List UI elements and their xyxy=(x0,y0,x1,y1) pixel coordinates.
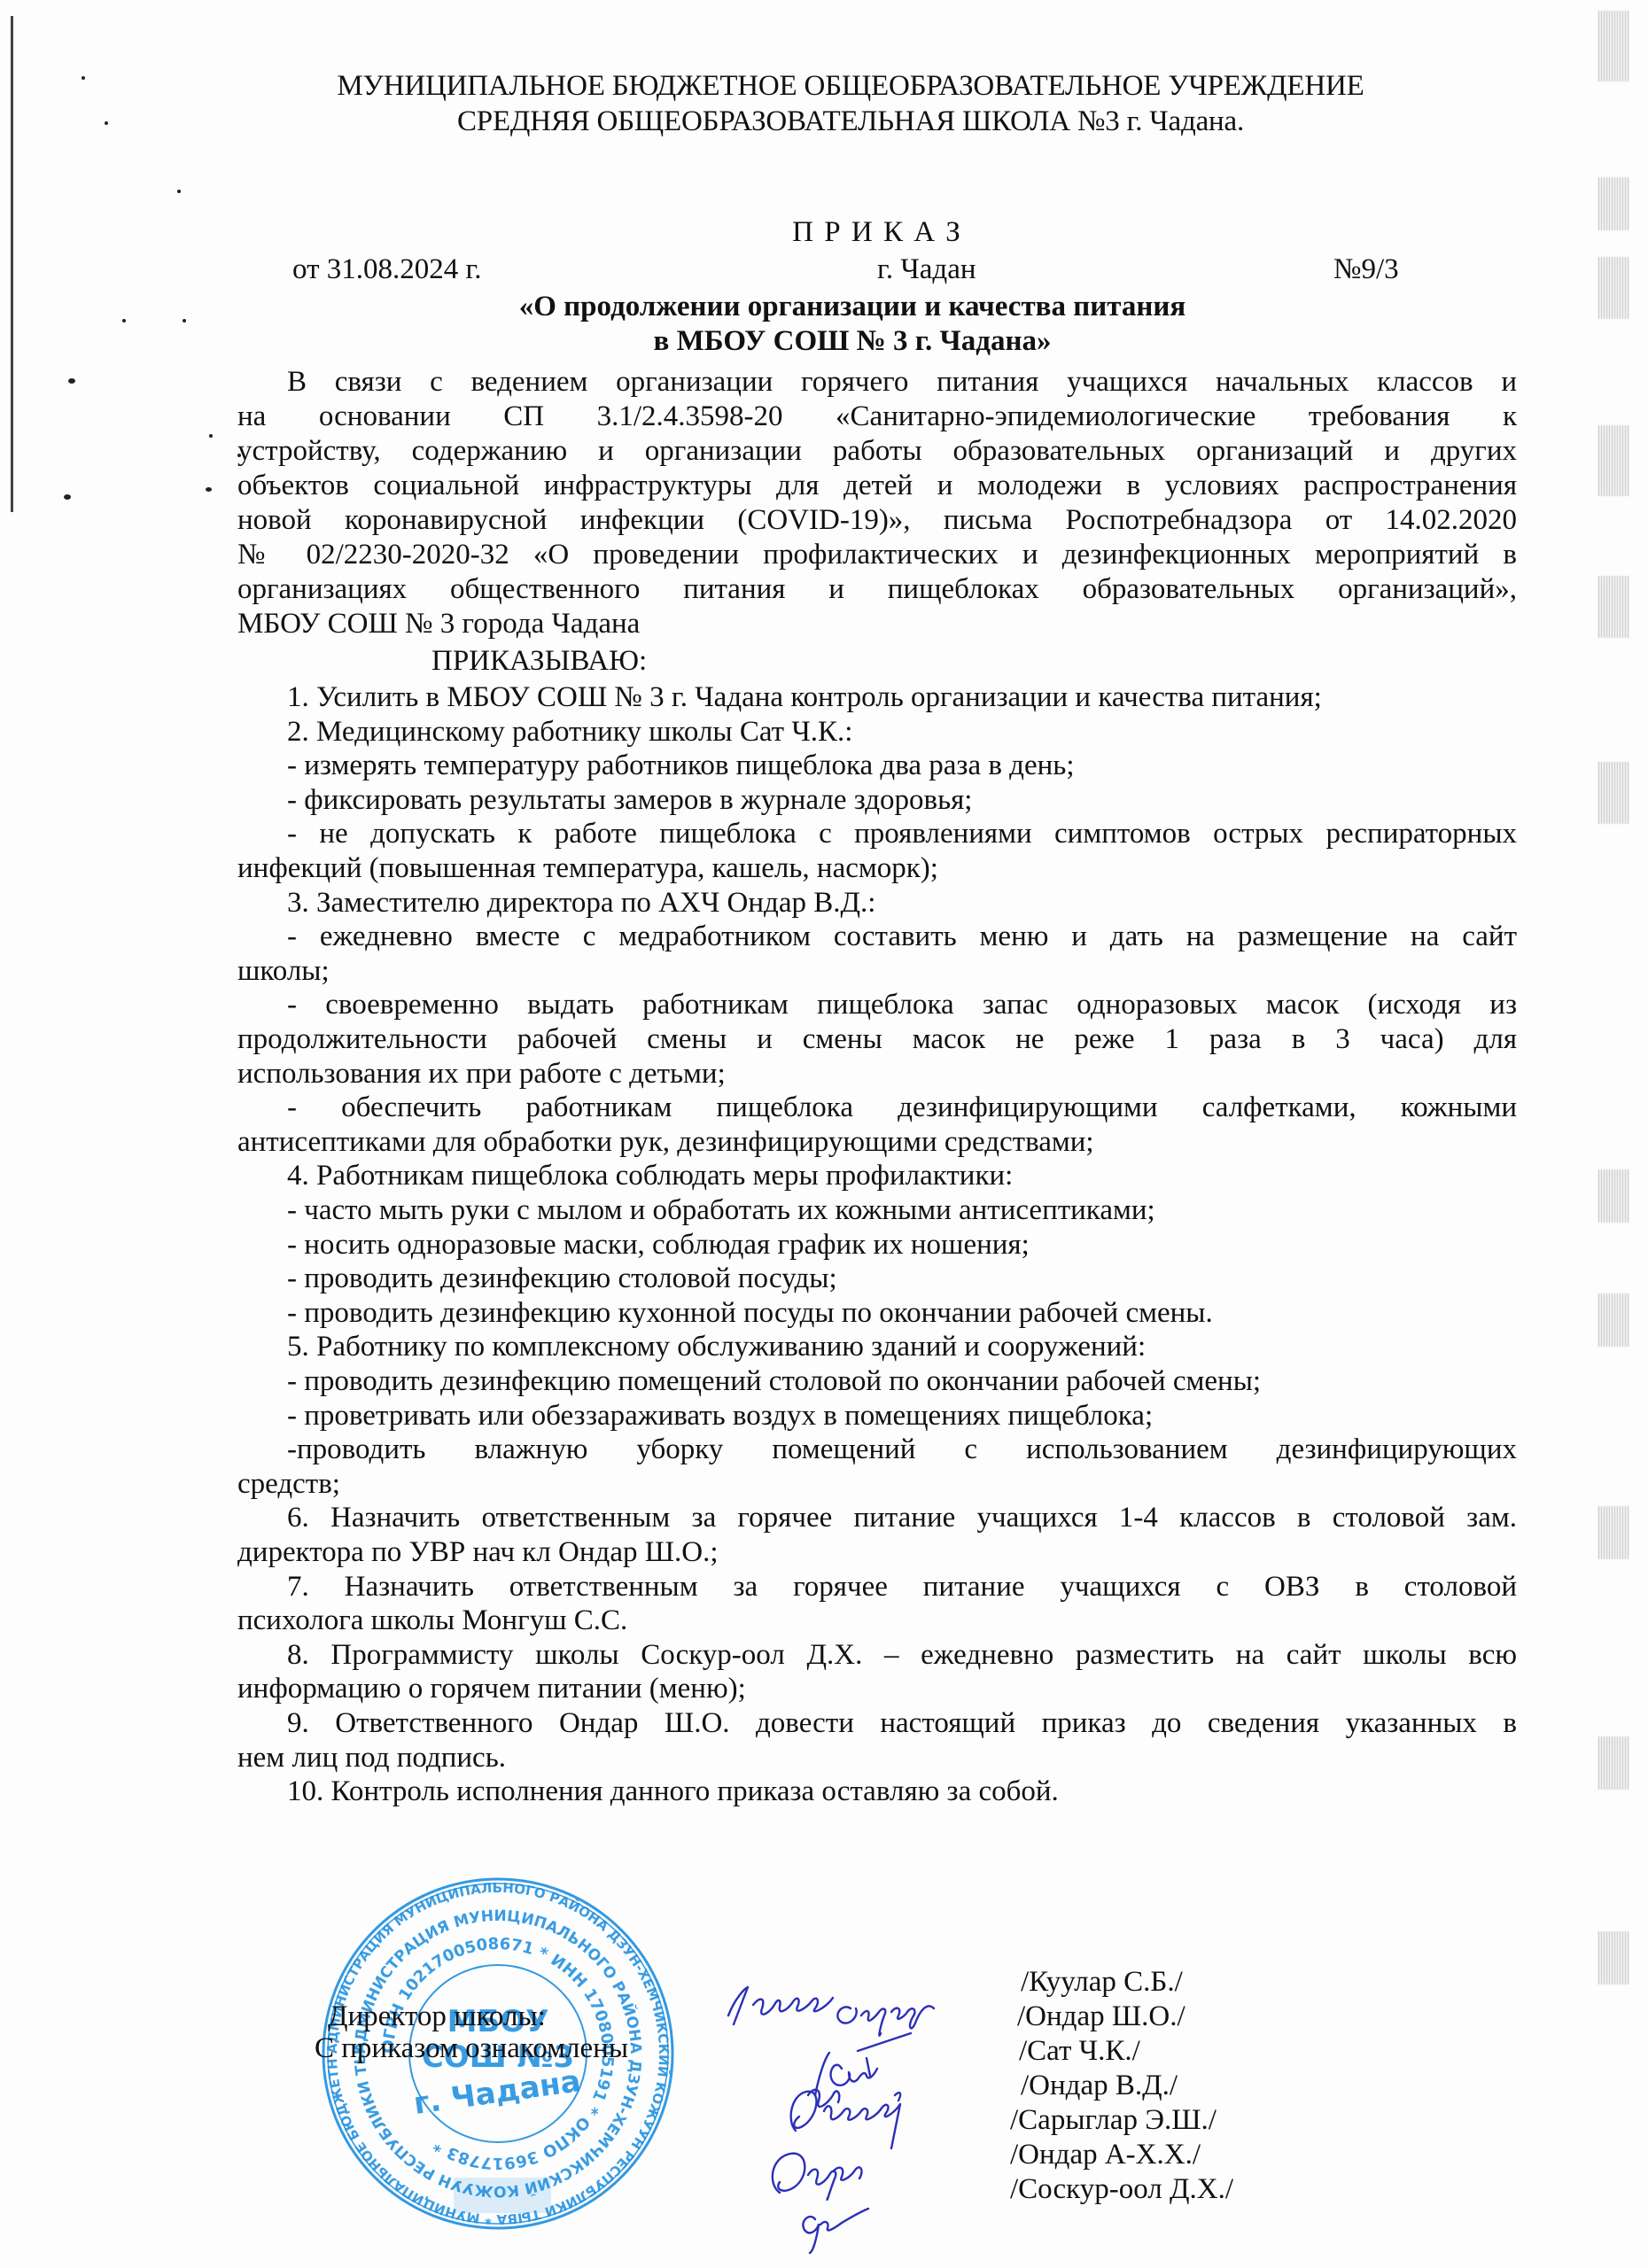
director-label: Директор школы: xyxy=(328,2000,546,2034)
order-item-line: 10. Контроль исполнения данного приказа … xyxy=(287,1775,1059,1809)
scan-noise-artifact xyxy=(1598,1169,1630,1223)
order-item-line: - проводить дезинфекцию кухонной посуды … xyxy=(287,1296,1213,1331)
org-name-line-1: МУНИЦИПАЛЬНОЕ БЮДЖЕТНОЕ ОБЩЕОБРАЗОВАТЕЛЬ… xyxy=(27,69,1648,104)
order-item-line: - не допускать к работе пищеблока с проя… xyxy=(287,817,1517,851)
scan-noise-artifact xyxy=(1598,1736,1630,1790)
order-item-line: психолога школы Монгуш С.С. xyxy=(237,1604,627,1638)
order-item-line: 6. Назначить ответственным за горячее пи… xyxy=(287,1501,1517,1535)
scan-speck xyxy=(68,378,75,384)
org-name-line-2: СРЕДНЯЯ ОБЩЕОБРАЗОВАТЕЛЬНАЯ ШКОЛА №3 г. … xyxy=(27,105,1648,139)
signatory-name: /Куулар С.Б./ xyxy=(1021,1965,1233,2000)
order-item-line: информацию о горячем питании (меню); xyxy=(237,1672,746,1706)
order-item-line: 1. Усилить в МБОУ СОШ № 3 г. Чадана конт… xyxy=(287,680,1322,715)
order-item-line: 9. Ответственного Ондар Ш.О. довести нас… xyxy=(287,1706,1517,1741)
scan-noise-artifact xyxy=(1598,1931,1630,1984)
order-item-line: 3. Заместителю директора по АХЧ Ондар В.… xyxy=(287,886,875,920)
order-item-line: средств; xyxy=(237,1467,340,1502)
order-item-line: - ежедневно вместе с медработником соста… xyxy=(287,920,1517,954)
scan-speck xyxy=(64,494,71,500)
order-item-line: - измерять температуру работников пищебл… xyxy=(287,749,1075,783)
scan-speck xyxy=(206,487,212,492)
preamble-line: № 02/2230-2020-32 «О проведении профилак… xyxy=(237,538,1517,572)
signature-saryglar xyxy=(824,2093,900,2148)
signatory-name: /Сарыглар Э.Ш./ xyxy=(1010,2103,1233,2138)
order-number: №9/3 xyxy=(1333,252,1399,287)
scan-speck xyxy=(209,434,213,438)
scan-noise-artifact xyxy=(1598,1293,1630,1347)
scan-noise-artifact xyxy=(1598,1506,1630,1559)
order-item-line: - своевременно выдать работникам пищебло… xyxy=(287,988,1517,1022)
order-date: от 31.08.2024 г. xyxy=(292,252,482,287)
order-item-line: - носить одноразовые маски, соблюдая гра… xyxy=(287,1228,1030,1262)
order-item-line: 8. Программисту школы Соскур-оол Д.Х. – … xyxy=(287,1638,1517,1673)
signature-sat xyxy=(815,2033,911,2095)
order-title-line-1: «О продолжении организации и качества пи… xyxy=(28,290,1648,324)
order-item-line: продолжительности рабочей смены и смены … xyxy=(237,1022,1517,1057)
order-item-line: 5. Работнику по комплексному обслуживани… xyxy=(287,1330,1146,1364)
order-item-line: антисептиками для обработки рук, дезинфи… xyxy=(237,1125,1094,1160)
order-item-line: нем лиц под подпись. xyxy=(237,1741,506,1775)
order-item-line: -проводить влажную уборку помещений с ис… xyxy=(287,1433,1517,1467)
preamble-line: МБОУ СОШ № 3 города Чадана xyxy=(237,607,640,641)
order-item-line: директора по УВР нач кл Ондар Ш.О.; xyxy=(237,1535,719,1570)
scan-noise-artifact xyxy=(1598,762,1630,824)
order-title-line-2: в МБОУ СОШ № 3 г. Чадана» xyxy=(28,324,1648,359)
signature-ondar-akh xyxy=(773,2154,862,2200)
signatory-name: /Ондар В.Д./ xyxy=(1021,2069,1233,2103)
signatory-name: /Ондар Ш.О./ xyxy=(1017,2000,1233,2034)
order-item-line: - проветривать или обеззараживать воздух… xyxy=(287,1399,1153,1433)
preamble-line: объектов социальной инфраструктуры для д… xyxy=(237,469,1517,503)
preamble-line: организациях общественного питания и пищ… xyxy=(237,572,1517,607)
document-page: МУНИЦИПАЛЬНОЕ БЮДЖЕТНОЕ ОБЩЕОБРАЗОВАТЕЛЬ… xyxy=(0,0,1648,2268)
handwritten-signatures xyxy=(709,1962,1046,2255)
signature-soskur xyxy=(803,2209,868,2253)
order-city: г. Чадан xyxy=(877,252,976,287)
acknowledged-label: С приказом ознакомлены xyxy=(315,2031,628,2066)
order-item-line: 2. Медицинскому работнику школы Сат Ч.К.… xyxy=(287,715,852,750)
scan-speck xyxy=(177,190,181,193)
preamble-line: устройству, содержанию и организации раб… xyxy=(237,434,1517,469)
signatory-name: /Ондар А-Х.Х./ xyxy=(1010,2138,1233,2172)
signatory-name: /Сат Ч.К./ xyxy=(1019,2034,1233,2069)
preamble-line: на основании СП 3.1/2.4.3598-20 «Санитар… xyxy=(237,400,1517,434)
preamble-line: новой коронавирусной инфекции (COVID-19)… xyxy=(237,503,1517,538)
order-item-line: - обеспечить работникам пищеблока дезинф… xyxy=(287,1091,1517,1125)
scan-edge-artifact xyxy=(11,16,13,512)
signature-kuular xyxy=(728,1987,833,2024)
preamble-line: В связи с ведением организации горячего … xyxy=(287,365,1517,400)
signatory-name: /Соскур-оол Д.Х./ xyxy=(1010,2172,1233,2207)
order-item-line: 4. Работникам пищеблока соблюдать меры п… xyxy=(287,1159,1013,1193)
order-item-line: 7. Назначить ответственным за горячее пи… xyxy=(287,1570,1517,1604)
signature-ondar-sho xyxy=(837,2006,934,2035)
scan-noise-artifact xyxy=(1598,576,1630,638)
order-item-line: использования их при работе с детьми; xyxy=(237,1057,726,1091)
order-directive: ПРИКАЗЫВАЮ: xyxy=(431,644,647,679)
acknowledged-names: /Куулар С.Б./ /Ондар Ш.О./ /Сат Ч.К./ /О… xyxy=(1010,1965,1233,2207)
order-item-line: - проводить дезинфекцию столовой посуды; xyxy=(287,1262,837,1296)
document-type: П Р И К А З xyxy=(53,215,1648,250)
order-item-line: инфекций (повышенная температура, кашель… xyxy=(237,851,938,886)
order-item-line: - фиксировать результаты замеров в журна… xyxy=(287,783,972,818)
order-item-line: - проводить дезинфекцию помещений столов… xyxy=(287,1364,1261,1399)
order-item-line: - часто мыть руки с мылом и обработать и… xyxy=(287,1193,1155,1228)
scan-noise-artifact xyxy=(1598,425,1630,496)
order-item-line: школы; xyxy=(237,954,330,989)
